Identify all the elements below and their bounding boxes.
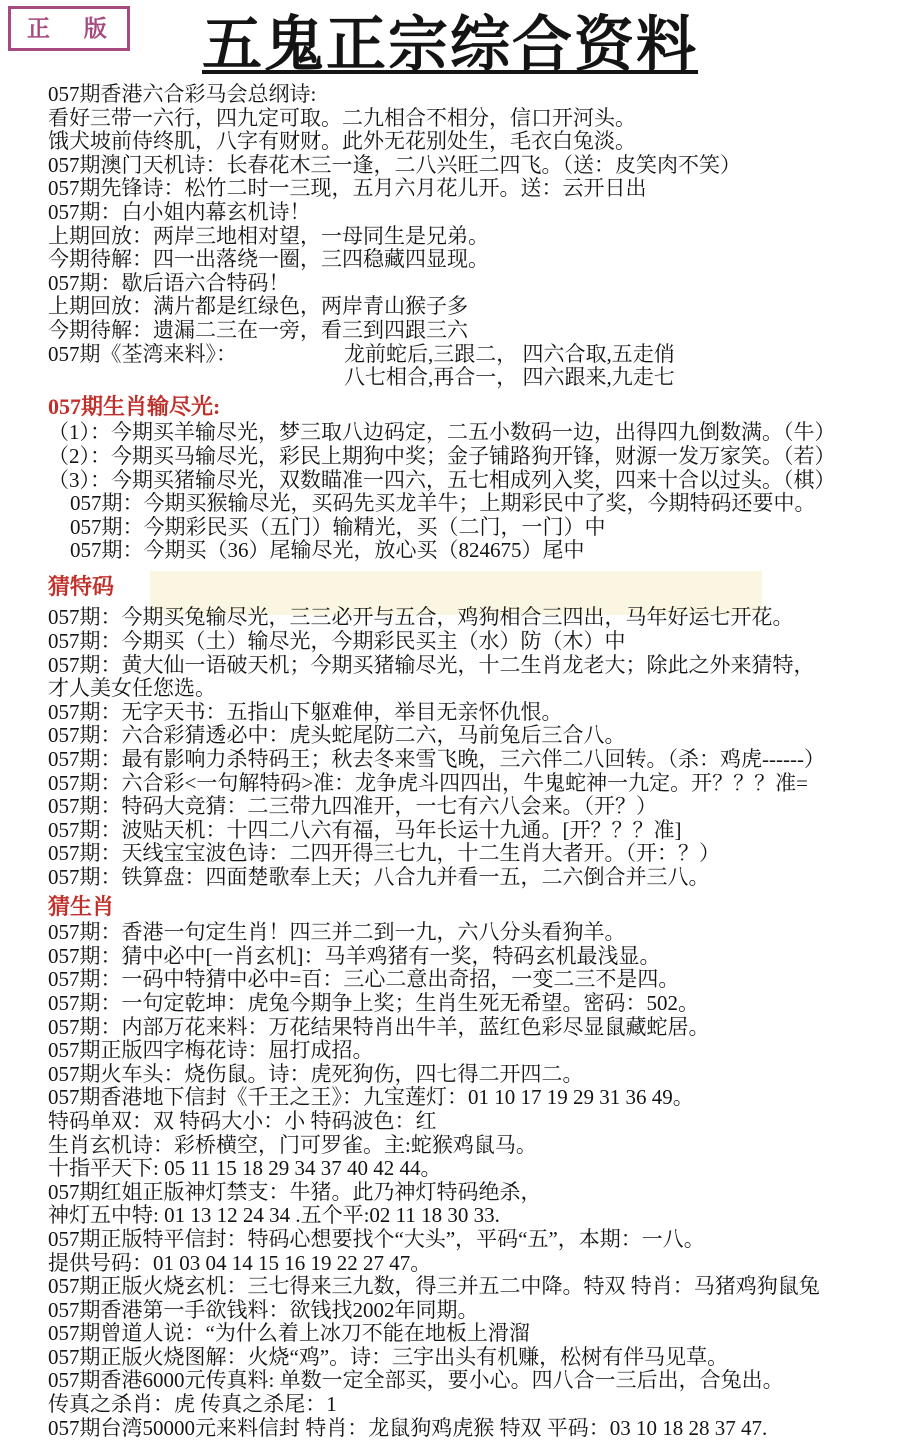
column-block-label: 057期《荃湾来料》： [48,343,344,390]
text-line: （3）：今期买猪输尽光，双数瞄准一四六，五七相成列入奖，四来十合以过头。（棋） [48,469,894,493]
text-line: 今期待解：四一出落绕一圈，三四稳藏四显现。 [48,248,894,272]
text-line: （2）：今期买马输尽光，彩民上期狗中奖；金子铺路狗开锋，财源一发万家笑。（若） [48,445,894,469]
text-line: 057期红姐正版神灯禁支：牛猪。此乃神灯特码绝杀， [48,1181,894,1205]
text-line: 传真之杀肖：虎 传真之杀尾：1 [48,1393,894,1417]
text-line: 057期香港地下信封《千王之王》：九宝莲灯：01 10 17 19 29 31 … [48,1086,894,1110]
text-line: 057期：内部万花来料：万花结果特肖出牛羊，蓝红色彩尽显鼠藏蛇居。 [48,1016,894,1040]
text-line: 057期台湾50000元来料信封 特肖：龙鼠狗鸡虎猴 特双 平码：03 10 1… [48,1417,894,1441]
text-line: 057期：特码大竞猜：二三带九四准开，一七有六八会来。（开？） [48,795,894,819]
content: 057期香港六合彩马会总纲诗:看好三带一六行，四九定可取。二九相合不相分，信口开… [0,83,900,1440]
text-line: 057期：歇后语六合特码！ [48,272,894,296]
authenticity-badge: 正 版 [8,6,130,51]
text-line: 057期：波贴天机：十四二八六有福，马年长运十九通。[开？？？准] [48,819,894,843]
text-line: 057期：天线宝宝波色诗：二四开得三七九，十二生肖大者开。（开：？） [48,842,894,866]
text-line: 057期香港六合彩马会总纲诗: [48,83,894,107]
text-line: 057期香港第一手欲钱料：欲钱找2002年同期。 [48,1299,894,1323]
text-line: 生肖玄机诗：彩桥横空，门可罗雀。主:蛇猴鸡鼠马。 [48,1134,894,1158]
text-line: 057期：最有影响力杀特码王；秋去冬来雪飞晚，三六伴二八回转。（杀：鸡虎----… [48,748,894,772]
text-line: 今期待解：遗漏二三在一旁，看三到四跟三六 [48,319,894,343]
text-line: 057期：白小姐内幕玄机诗！ [48,201,894,225]
text-line: 057期香港6000元传真料: 单数一定全部买，要小心。四八合一三后出，合兔出。 [48,1369,894,1393]
text-line: 057期正版火烧玄机：三七得来三九数，得三并五二中降。特双 特肖：马猪鸡狗鼠兔 [48,1275,894,1299]
text-line: 057期：今期买（土）输尽光，今期彩民买主（水）防（木）中 [48,630,894,654]
text-line: 才人美女任您选。 [48,677,894,701]
text-line: 057期：香港一句定生肖！四三并二到一九，六八分头看狗羊。 [48,921,894,945]
text-line: 看好三带一六行，四九定可取。二九相合不相分，信口开河头。 [48,107,894,131]
text-line: 057期：今期买猴输尽光，买码先买龙羊牛；上期彩民中了奖，今期特码还要中。 [70,492,894,516]
text-line: 057期先锋诗：松竹二时一三现，五月六月花儿开。送：云开日出 [48,177,894,201]
column-line: 龙前蛇后,三跟二， 四六合取,五走俏 [344,343,675,367]
text-line: 057期：黄大仙一语破天机；今期买猪输尽光，十二生肖龙老大；除此之外来猜特， [48,654,894,678]
text-line: 057期正版特平信封：特码心想要找个“大头”，平码“五”，本期：一八。 [48,1228,894,1252]
text-line: 饿犬坡前侍终肌，八字有财财。此外无花别处生，毛衣白兔淡。 [48,130,894,154]
text-line: 057期：一句定乾坤：虎兔今期争上奖；生肖生死无希望。密码：502。 [48,992,894,1016]
section-heading: 057期生肖输尽光: [48,395,894,419]
column-line: 八七相合,再合一， 四六跟来,九走七 [344,366,675,390]
section-heading: 猜生肖 [48,895,894,919]
text-line: 057期澳门天机诗：长春花木三一逢，二八兴旺二四飞。（送：皮笑肉不笑） [48,154,894,178]
text-line: 057期：猜中必中[一肖玄机]：马羊鸡猪有一奖，特码玄机最浅显。 [48,945,894,969]
text-line: 057期：六合彩猜透必中：虎头蛇尾防二六，马前兔后三合八。 [48,724,894,748]
two-column-block: 057期《荃湾来料》：龙前蛇后,三跟二， 四六合取,五走俏八七相合,再合一， 四… [48,343,894,390]
text-line: 神灯五中特: 01 13 12 24 34 .五个平:02 11 18 30 3… [48,1204,894,1228]
text-line: 特码单双：双 特码大小：小 特码波色：红 [48,1110,894,1134]
text-line: 057期曾道人说：“为什么着上冰刀不能在地板上滑溜 [48,1322,894,1346]
column-lines: 龙前蛇后,三跟二， 四六合取,五走俏八七相合,再合一， 四六跟来,九走七 [344,343,675,390]
text-line: 057期：铁算盘：四面楚歌奉上天；八合九并看一五，二六倒合并三八。 [48,866,894,890]
page-title: 五鬼正宗综合资料 [0,14,900,77]
text-line: 057期：无字天书：五指山下躯难伸，举目无亲怀仇恨。 [48,701,894,725]
section-heading-text: 猜特码 [48,574,114,599]
text-line: 057期：今期买兔输尽光，三三必开与五合，鸡狗相合三四出，马年好运七开花。 [48,606,894,630]
text-line: 上期回放：满片都是红绿色，两岸青山猴子多 [48,295,894,319]
text-line: 057期正版火烧图解：火烧“鸡”。诗：三宇出头有机赚，松树有伴马见草。 [48,1346,894,1370]
text-line: 十指平天下: 05 11 15 18 29 34 37 40 42 44。 [48,1157,894,1181]
text-line: 上期回放：两岸三地相对望，一母同生是兄弟。 [48,225,894,249]
section-heading: 猜特码 [48,575,894,599]
text-line: 提供号码：01 03 04 14 15 16 19 22 27 47。 [48,1252,894,1276]
text-line: 057期：六合彩<一句解特码>准：龙争虎斗四四出，牛鬼蛇神一九定。开？？？准= [48,772,894,796]
text-line: （1）：今期买羊输尽光，梦三取八边码定，二五小数码一边，出得四九倒数满。（牛） [48,421,894,445]
text-line: 057期：一码中特猜中必中=百：三心二意出奇招，一变二三不是四。 [48,968,894,992]
text-line: 057期：今期彩民买（五门）输精光，买（二门，一门）中 [70,516,894,540]
text-line: 057期火车头：烧伤鼠。诗：虎死狗伤，四七得二开四二。 [48,1063,894,1087]
text-line: 057期：今期买（36）尾输尽光，放心买（824675）尾中 [70,539,894,563]
text-line: 057期正版四字梅花诗：屈打成招。 [48,1039,894,1063]
